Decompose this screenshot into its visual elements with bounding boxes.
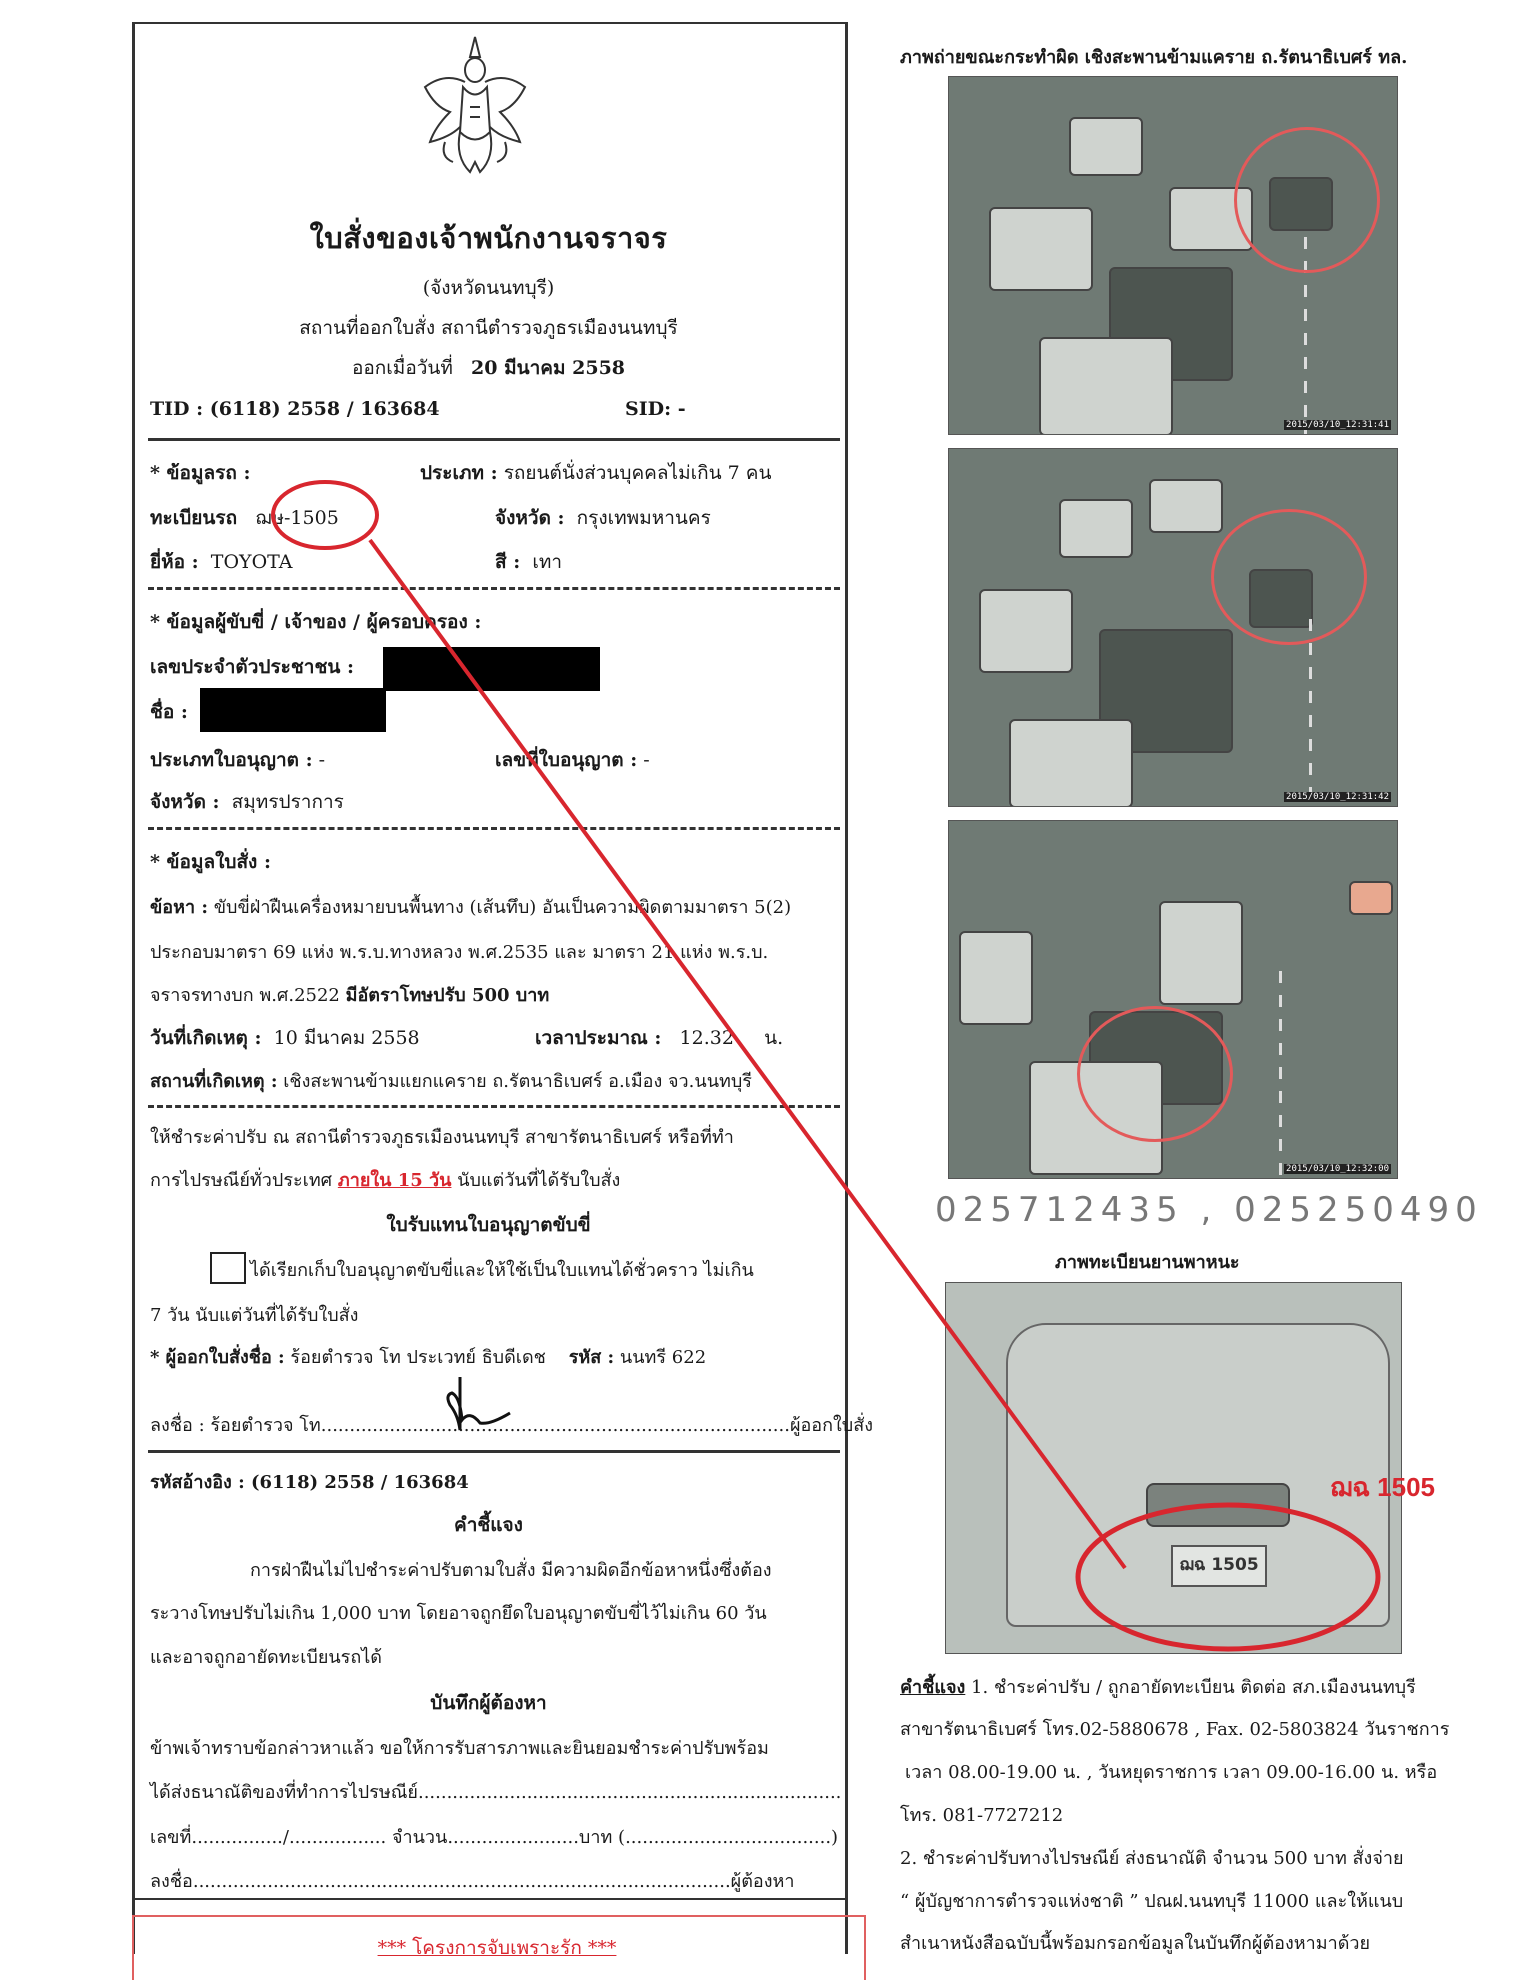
evidence-photo-1: 2015/03/10_12:31:41 bbox=[948, 76, 1398, 435]
car-shape bbox=[1159, 901, 1243, 1005]
incident-time-value: 12.32 bbox=[680, 1027, 734, 1049]
charge-line-1: ข้อหา : ขับขี่ฝ่าฝืนเครื่องหมายบนพื้นทาง… bbox=[150, 892, 791, 921]
tid: TID : (6118) 2558 / 163684 bbox=[150, 398, 440, 420]
issuer: * ผู้ออกใบสั่งชื่อ : ร้อยตำรวจ โท ประเวท… bbox=[150, 1342, 706, 1371]
issue-place: สถานที่ออกใบสั่ง สถานีตำรวจภูธรเมืองนนทบ… bbox=[132, 313, 845, 343]
plate: ทะเบียนรถ ฌษ-1505 bbox=[150, 503, 339, 533]
evidence-photo-3: 2015/03/10_12:32:00 bbox=[948, 820, 1398, 1179]
highlight-circle bbox=[1234, 127, 1380, 273]
issue-date-line: ออกเมื่อวันที่ 20 มีนาคม 2558 bbox=[132, 353, 845, 383]
explanation-heading: คำชี้แจง bbox=[132, 1510, 845, 1540]
payment-deadline-suffix: นับแต่วันที่ได้รับใบสั่ง bbox=[457, 1170, 620, 1191]
photos-heading: ภาพถ่ายขณะกระทำผิด เชิงสะพานข้ามแคราย ถ.… bbox=[900, 42, 1407, 71]
issuer-label: * ผู้ออกใบสั่งชื่อ : bbox=[150, 1347, 285, 1368]
divider bbox=[148, 438, 840, 441]
license-plate: ฌฉ 1505 bbox=[1171, 1545, 1267, 1587]
incident-time: เวลาประมาณ : 12.32 น. bbox=[535, 1023, 783, 1053]
reference-code: รหัสอ้างอิง : (6118) 2558 / 163684 bbox=[150, 1467, 469, 1496]
charge-label: ข้อหา : bbox=[150, 897, 208, 918]
photo-timestamp: 2015/03/10_12:31:41 bbox=[1284, 420, 1391, 430]
charge-text: ขับขี่ฝ่าฝืนเครื่องหมายบนพื้นทาง (เส้นทึ… bbox=[214, 897, 791, 918]
sid: SID: - bbox=[625, 398, 686, 420]
ticket-title: ใบสั่งของเจ้าพนักงานจราจร bbox=[132, 215, 845, 261]
brand-label: ยี่ห้อ : bbox=[150, 551, 199, 573]
province-header: (จังหวัดนนทบุรี) bbox=[132, 273, 845, 303]
incident-date: วันที่เกิดเหตุ : 10 มีนาคม 2558 bbox=[150, 1023, 420, 1053]
payment-line-2: การไปรษณีย์ทั่วประเทศ ภายใน 15 วัน นับแต… bbox=[150, 1165, 620, 1194]
grille-shape bbox=[1146, 1483, 1290, 1527]
photo-timestamp: 2015/03/10_12:32:00 bbox=[1284, 1164, 1391, 1174]
driver-province: จังหวัด : สมุทรปราการ bbox=[150, 787, 344, 817]
vehicle-type: ประเภท : รถยนต์นั่งส่วนบุคคลไม่เกิน 7 คน bbox=[420, 458, 771, 488]
payment-place: การไปรษณีย์ทั่วประเทศ bbox=[150, 1170, 332, 1191]
charge-law: จราจรทางบก พ.ศ.2522 bbox=[150, 985, 340, 1006]
car-shape bbox=[1349, 881, 1393, 915]
plate-annotation: ฌฉ 1505 bbox=[1330, 1467, 1435, 1508]
citizen-id-label: เลขประจำตัวประชาชน : bbox=[150, 652, 354, 682]
citation-section-label: * ข้อมูลใบสั่ง : bbox=[150, 847, 271, 877]
vehicle-province-value: กรุงเทพมหานคร bbox=[577, 507, 711, 529]
accused-record-line-2: ได้ส่งธนาณัติของที่ทำการไปรษณีย์........… bbox=[150, 1777, 841, 1806]
license-type-value: - bbox=[319, 749, 325, 771]
explanation-line-3: และอาจถูกอายัดทะเบียนรถได้ bbox=[150, 1642, 382, 1671]
car-shape bbox=[1069, 117, 1143, 176]
license-substitute-text-1: ได้เรียกเก็บใบอนุญาตขับขี่และให้ใช้เป็นใ… bbox=[250, 1255, 754, 1284]
fine-amount: มีอัตราโทษปรับ 500 บาท bbox=[346, 985, 550, 1006]
charge-line-2: ประกอบมาตรา 69 แห่ง พ.ร.บ.ทางหลวง พ.ศ.25… bbox=[150, 937, 768, 966]
instructions-line-1: คำชี้แจง 1. ชำระค่าปรับ / ถูกอายัดทะเบีย… bbox=[900, 1672, 1416, 1701]
brand-value: TOYOTA bbox=[211, 551, 293, 573]
license-number-value: - bbox=[643, 749, 649, 771]
lane-marking bbox=[1279, 971, 1282, 1179]
plate-value: ฌษ-1505 bbox=[255, 507, 339, 529]
license-substitute-heading: ใบรับแทนใบอนุญาตขับขี่ bbox=[132, 1210, 845, 1240]
car-shape bbox=[1149, 479, 1223, 533]
incident-date-value: 10 มีนาคม 2558 bbox=[274, 1027, 420, 1049]
car-shape bbox=[1059, 499, 1133, 558]
accused-record-line-1: ข้าพเจ้าทราบข้อกล่าวหาแล้ว ขอให้การรับสา… bbox=[150, 1733, 769, 1762]
incident-time-label: เวลาประมาณ : bbox=[535, 1027, 661, 1049]
accused-record-heading: บันทึกผู้ต้องหา bbox=[132, 1688, 845, 1718]
evidence-photo-2: 2015/03/10_12:31:42 bbox=[948, 448, 1398, 807]
charge-line-3: จราจรทางบก พ.ศ.2522 มีอัตราโทษปรับ 500 บ… bbox=[150, 980, 549, 1009]
signature-prefix: ลงชื่อ : ร้อยตำรวจ โท bbox=[150, 1415, 321, 1436]
name-label: ชื่อ : bbox=[150, 697, 188, 727]
issuer-name: ร้อยตำรวจ โท ประเวทย์ ธิบดีเดช bbox=[290, 1347, 545, 1368]
incident-place: สถานที่เกิดเหตุ : เชิงสะพานข้ามแยกแคราย … bbox=[150, 1066, 752, 1095]
signature-dots: ........................................… bbox=[321, 1415, 790, 1436]
plate-photo-heading: ภาพทะเบียนยานพาหนะ bbox=[1055, 1247, 1240, 1276]
ticket-bottom-border bbox=[132, 1898, 845, 1900]
explanation-line-2: ระวางโทษปรับไม่เกิน 1,000 บาท โดยอาจถูกย… bbox=[150, 1598, 767, 1627]
car-shape bbox=[989, 207, 1093, 291]
divider bbox=[148, 1450, 840, 1453]
car-shape bbox=[1039, 337, 1173, 435]
car-shape bbox=[1009, 719, 1133, 807]
instructions-item-1: 1. ชำระค่าปรับ / ถูกอายัดทะเบียน ติดต่อ … bbox=[971, 1677, 1416, 1698]
license-number-label: เลขที่ใบอนุญาต : bbox=[495, 749, 637, 771]
highlight-circle bbox=[1211, 509, 1367, 645]
divider bbox=[148, 587, 840, 590]
vehicle-section-label: * ข้อมูลรถ : bbox=[150, 458, 250, 488]
handwritten-phone-numbers: 025712435 , 025250490 bbox=[935, 1190, 1483, 1230]
instructions-line-3: เวลา 08.00-19.00 น. , วันหยุดราชการ เวลา… bbox=[905, 1757, 1437, 1786]
vehicle-color-value: เทา bbox=[532, 551, 562, 573]
photo-timestamp: 2015/03/10_12:31:42 bbox=[1284, 792, 1391, 802]
car-shape bbox=[959, 931, 1033, 1025]
driver-province-value: สมุทรปราการ bbox=[232, 791, 344, 813]
issuer-code-value: นนทรี 622 bbox=[620, 1347, 706, 1368]
license-type: ประเภทใบอนุญาต : - bbox=[150, 745, 325, 775]
instructions-item-2-line-2: “ ผู้บัญชาการตำรวจแห่งชาติ ” ปณฝ.นนทบุรี… bbox=[900, 1886, 1403, 1915]
highlight-circle bbox=[1077, 1006, 1233, 1142]
license-number: เลขที่ใบอนุญาต : - bbox=[495, 745, 650, 775]
license-type-label: ประเภทใบอนุญาต : bbox=[150, 749, 313, 771]
payment-line-1: ให้ชำระค่าปรับ ณ สถานีตำรวจภูธรเมืองนนทบ… bbox=[150, 1122, 734, 1151]
vehicle-province: จังหวัด : กรุงเทพมหานคร bbox=[495, 503, 711, 533]
instructions-label: คำชี้แจง bbox=[900, 1677, 965, 1698]
vehicle-color: สี : เทา bbox=[495, 547, 562, 577]
accused-record-line-4: ลงชื่อ..................................… bbox=[150, 1866, 795, 1895]
payment-deadline: ภายใน 15 วัน bbox=[338, 1170, 452, 1191]
vehicle-type-value: รถยนต์นั่งส่วนบุคคลไม่เกิน 7 คน bbox=[504, 462, 772, 484]
garuda-emblem-icon bbox=[415, 32, 535, 182]
issue-date-label: ออกเมื่อวันที่ bbox=[352, 357, 453, 379]
explanation-line-1: การฝ่าฝืนไม่ไปชำระค่าปรับตามใบสั่ง มีควา… bbox=[250, 1555, 772, 1584]
plate-label: ทะเบียนรถ bbox=[150, 507, 237, 529]
issuer-code-label: รหัส : bbox=[569, 1347, 614, 1368]
vehicle-province-label: จังหวัด : bbox=[495, 507, 565, 529]
issue-date: 20 มีนาคม 2558 bbox=[471, 357, 625, 379]
redacted-citizen-id bbox=[383, 647, 600, 691]
vehicle-type-label: ประเภท : bbox=[420, 462, 498, 484]
incident-date-label: วันที่เกิดเหตุ : bbox=[150, 1027, 262, 1049]
instructions-item-2-line-1: 2. ชำระค่าปรับทางไปรษณีย์ ส่งธนาณัติ จำน… bbox=[900, 1843, 1404, 1872]
instructions-item-2-line-3: สำเนาหนังสือฉบับนี้พร้อมกรอกข้อมูลในบันท… bbox=[900, 1928, 1370, 1957]
license-substitute-checkbox[interactable] bbox=[210, 1252, 246, 1284]
accused-record-line-3: เลขที่................/.................… bbox=[150, 1822, 838, 1851]
campaign-banner-text: *** โครงการจับเพราะรัก *** bbox=[132, 1933, 862, 1963]
divider bbox=[148, 827, 840, 830]
license-substitute-text-2: 7 วัน นับแต่วันที่ได้รับใบสั่ง bbox=[150, 1300, 358, 1329]
lane-marking bbox=[1309, 619, 1312, 807]
driver-province-label: จังหวัด : bbox=[150, 791, 220, 813]
car-shape bbox=[979, 589, 1073, 673]
vehicle-color-label: สี : bbox=[495, 551, 520, 573]
divider bbox=[148, 1105, 840, 1108]
signature-icon bbox=[420, 1375, 550, 1440]
instructions-line-2: สาขารัตนาธิเบศร์ โทร.02-5880678 , Fax. 0… bbox=[900, 1714, 1449, 1743]
driver-section-label: * ข้อมูลผู้ขับขี่ / เจ้าของ / ผู้ครอบครอ… bbox=[150, 607, 481, 637]
signature-suffix: ผู้ออกใบสั่ง bbox=[790, 1415, 873, 1436]
redacted-name bbox=[200, 688, 386, 732]
incident-place-value: เชิงสะพานข้ามแยกแคราย ถ.รัตนาธิเบศร์ อ.เ… bbox=[283, 1071, 752, 1092]
incident-time-unit: น. bbox=[764, 1027, 783, 1049]
brand: ยี่ห้อ : TOYOTA bbox=[150, 547, 293, 577]
incident-place-label: สถานที่เกิดเหตุ : bbox=[150, 1071, 278, 1092]
instructions-line-4: โทร. 081-7727212 bbox=[900, 1800, 1063, 1829]
